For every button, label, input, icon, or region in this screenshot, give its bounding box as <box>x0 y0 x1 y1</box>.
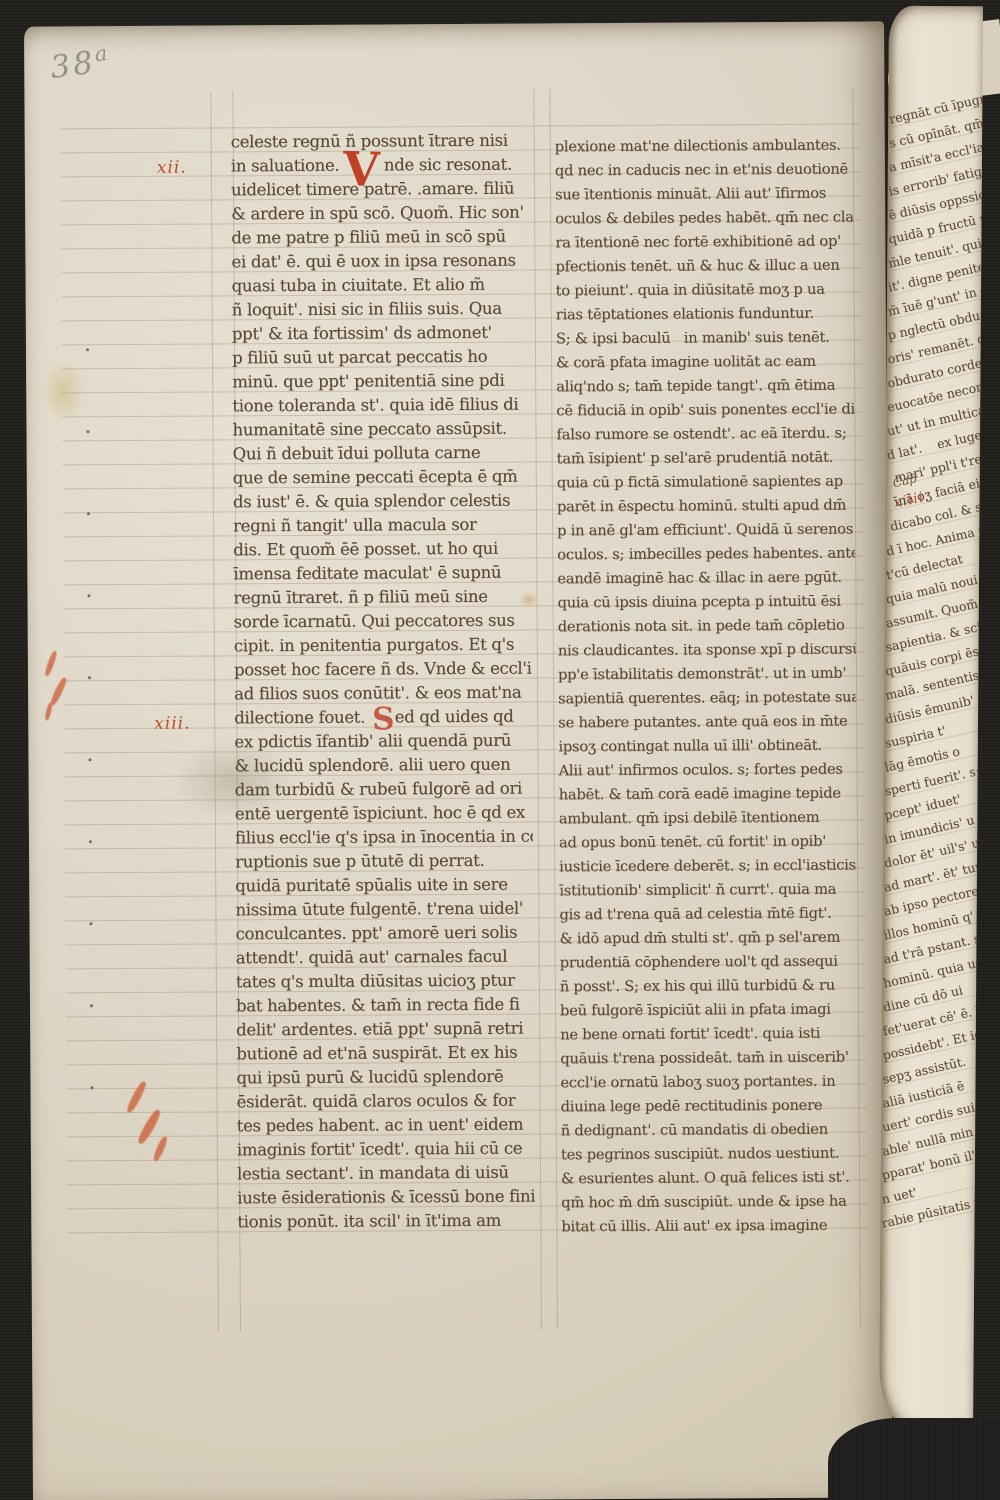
manuscript-line: S; & ipsi baculū in manib' suis tenēt. <box>556 326 854 352</box>
manuscript-line: tates q's multa diūsitas uicioʒ ptur <box>236 969 534 995</box>
text-column-1: celeste regnū ñ possunt ītrare nisiin sa… <box>231 129 536 1235</box>
manuscript-line: dis. Et quom̃ ēē posset. ut ho qui <box>233 537 531 563</box>
manuscript-line: ei dat' ē. qui ē uox in ipsa resonans <box>231 249 529 275</box>
prick-mark <box>86 348 89 351</box>
manuscript-line: ñ dedignant'. cū mandatis di obedien <box>561 1118 859 1144</box>
manuscript-line: sue ītentionis minuāt. Alii aut' īfirmos <box>555 182 853 208</box>
manuscript-line: sapientiā querentes. eāq; in potestate s… <box>558 686 856 712</box>
manuscript-line: ñ posst'. S; ex his qui illū turbidū & r… <box>560 974 858 1000</box>
prick-mark <box>90 1086 93 1089</box>
prick-mark <box>87 512 90 515</box>
manuscript-line: iuste ēsiderationis & īcessū bone fini <box>237 1185 535 1211</box>
manuscript-line: iusticie īcedere deberēt. s; in eccl'ias… <box>559 854 857 880</box>
photo-background-corner <box>828 1418 1000 1500</box>
folio-number-suffix: a <box>93 41 111 67</box>
manuscript-line: p filiū suū ut parcat peccatis ho <box>232 345 530 371</box>
manuscript-line: tionis ponūt. ita scil' in īt'ima am <box>237 1209 535 1235</box>
red-offset-mark <box>125 1080 148 1114</box>
manuscript-line: imaginis fortit' īcedt'. quia hii cū ce <box>237 1137 535 1163</box>
prick-mark <box>89 922 92 925</box>
red-offset-mark <box>49 676 68 706</box>
text-column-2: plexione mat'ne dilectionis ambulantes.q… <box>555 134 860 1240</box>
red-offset-mark <box>136 1108 163 1145</box>
manuscript-line: ēsiderāt. quidā claros oculos & for <box>237 1089 535 1115</box>
chapter-numeral-xiii: xiii. <box>154 714 190 734</box>
manuscript-line: que de semine peccati ēcepta ē qm̄ <box>233 465 531 491</box>
manuscript-photo: { "folio": { "number": "38", "suffix": "… <box>0 0 1000 1500</box>
manuscript-line: Qui ñ debuit īdui polluta carne <box>233 441 531 467</box>
manuscript-line: quidā puritatē spūalis uite in sere <box>235 873 533 899</box>
manuscript-line: to pieiunt'. quia in diūsitatē moʒ p ua <box>556 278 854 304</box>
manuscript-line: ds iust' ē. & quia splendor celestis <box>233 489 531 515</box>
manuscript-line: posset hoc facere ñ ds. Vnde & eccl'ia <box>234 657 532 683</box>
manuscript-line: humanitatē sine peccato assūpsit. <box>232 417 530 443</box>
manuscript-line: falso rumore se ostendt'. ac eā īterdu. … <box>556 422 854 448</box>
manuscript-line: se habere putantes. ante quā eos in m̄te <box>558 710 856 736</box>
manuscript-line: Alii aut' infirmos oculos. s; fortes ped… <box>558 758 856 784</box>
manuscript-line: nis claudicantes. ita sponse xpī p discu… <box>558 638 856 664</box>
manuscript-line: delit' ardentes. etiā ppt' supnā retri <box>236 1017 534 1043</box>
manuscript-line: conculcantes. ppt' amorē ueri solis <box>235 921 533 947</box>
prick-mark <box>89 840 92 843</box>
manuscript-line: aliq'ndo s; tam̄ tepide tangt'. qm̄ ētim… <box>556 374 854 400</box>
ruling-line <box>210 91 219 1331</box>
manuscript-line: qd nec in caducis nec in et'nis deuotion… <box>555 158 853 184</box>
manuscript-line: tes pegrinos suscipiūt. nudos uestiunt. <box>561 1142 859 1168</box>
manuscript-line: eandē imaginē hac & illac in aere pgūt. <box>557 566 855 592</box>
manuscript-line: attendt'. quidā aut' carnales facul <box>236 945 534 971</box>
folio-number-digits: 38 <box>48 45 98 87</box>
manuscript-line: minū. que ppt' penitentiā sine pdi <box>232 369 530 395</box>
manuscript-line: in saluatione. nde sic resonat. <box>231 153 529 179</box>
manuscript-line: oculos & debiles pedes habēt. qm̄ nec cl… <box>555 206 853 232</box>
red-offset-mark <box>44 702 53 721</box>
manuscript-line: butionē ad et'nā suspirāt. Et ex his <box>236 1041 534 1067</box>
manuscript-line: entē uergentē īspiciunt. hoc ē qd ex <box>235 801 533 827</box>
manuscript-line: qm̄ hoc m̄ dm̄ suscipiūt. unde & ipse ha <box>561 1190 859 1216</box>
manuscript-line: dam turbidū & rubeū fulgorē ad ori <box>235 777 533 803</box>
manuscript-line: habēt. & tam̄ corā eadē imagine tepide <box>559 782 857 808</box>
manuscript-line: uidelicet timere patrē. .amare. filiū <box>231 177 529 203</box>
manuscript-line: ipsoʒ contingat nulla uī illi' obtineāt. <box>558 734 856 760</box>
manuscript-line: beū fulgorē īspiciūt alii in pfata imagi <box>560 998 858 1024</box>
prick-mark <box>88 676 91 679</box>
prick-mark <box>90 1004 93 1007</box>
manuscript-line: & esurientes alunt. O quā felices isti s… <box>561 1166 859 1192</box>
manuscript-line: quāuis t'rena possideāt. tam̄ in uisceri… <box>560 1046 858 1072</box>
red-initial-v: V <box>342 146 380 194</box>
red-initial-s: S <box>372 704 395 735</box>
manuscript-line: & lucidū splendorē. alii uero quen <box>234 753 532 779</box>
manuscript-line: ppt' & ita fortissim' ds admonet' <box>232 321 530 347</box>
manuscript-line: pfectionis tenēt. uñ & huc & illuc a uen <box>555 254 853 280</box>
red-offset-mark <box>44 650 58 677</box>
manuscript-line: regni ñ tangit' ulla macula sor <box>233 513 531 539</box>
manuscript-line: & corā pfata imagine uolitāt ac eam <box>556 350 854 376</box>
manuscript-line: oculos. s; imbecilles pedes habentes. an… <box>557 542 855 568</box>
prick-mark <box>86 430 89 433</box>
manuscript-line: bitat cū illis. Alii aut' ex ipsa imagin… <box>561 1214 859 1240</box>
manuscript-line: plexione mat'ne dilectionis ambulantes. <box>555 134 853 160</box>
manuscript-line: īmensa feditate maculat' ē supnū <box>233 561 531 587</box>
manuscript-line: filius eccl'ie q's ipsa in īnocentia in … <box>235 825 533 851</box>
folio-number: 38a <box>48 41 113 86</box>
manuscript-line: ad opus bonū tenēt. cū fortit' in opib' <box>559 830 857 856</box>
manuscript-line: ra ītentionē nec fortē exhibitionē ad op… <box>555 230 853 256</box>
manuscript-line: lestia sectant'. in mandata di uisū <box>237 1161 535 1187</box>
manuscript-page: 38a xii. xiii. celeste regnū ñ possunt ī… <box>24 21 893 1500</box>
manuscript-line: tam̄ īsipient' p sel'arē prudentiā notāt… <box>557 446 855 472</box>
manuscript-line: tione toleranda st'. quia idē filius di <box>232 393 530 419</box>
manuscript-line: cipit. in penitentia purgatos. Et q's <box>234 633 532 659</box>
manuscript-line: ruptionis sue p ūtutē di perrat. <box>235 849 533 875</box>
manuscript-line: ñ loquit'. nisi sic in filiis suis. Qua <box>232 297 530 323</box>
chapter-numeral-xii: xii. <box>157 158 187 178</box>
manuscript-line: qui ipsū purū & lucidū splendorē <box>236 1065 534 1091</box>
manuscript-line: īstitutionib' simplicit' ñ currt'. quia … <box>559 878 857 904</box>
manuscript-line: bat habentes. & tam̄ in recta fide fi <box>236 993 534 1019</box>
manuscript-line: rias tēptationes elationis funduntur. <box>556 302 854 328</box>
manuscript-line: quia cū p fictā simulationē sapientes ap <box>557 470 855 496</box>
manuscript-line: cē fiduciā in opib' suis ponentes eccl'i… <box>556 398 854 424</box>
manuscript-line: gis ad t'rena quā ad celestia m̄tē figt'… <box>559 902 857 928</box>
red-offset-mark <box>152 1136 169 1163</box>
manuscript-line: quia cū ipsis diuina pcepta p intuitū ēs… <box>557 590 855 616</box>
manuscript-line: pp'e īstabilitatis demonstrāt'. ut in um… <box>558 662 856 688</box>
manuscript-line: & ardere in spū scō. Quom̃. Hic son' <box>231 201 529 227</box>
manuscript-line: p in anē gl'am efficiunt'. Quidā ū seren… <box>557 518 855 544</box>
manuscript-line: eccl'ie ornatū laboʒ suoʒ portantes. in <box>560 1070 858 1096</box>
manuscript-line: tes pedes habent. ac in uent' eidem <box>237 1113 535 1139</box>
manuscript-line: quasi tuba in ciuitate. Et alio m̃ <box>232 273 530 299</box>
manuscript-line: diuina lege pedē rectitudinis ponere <box>561 1094 859 1120</box>
prick-mark <box>87 594 90 597</box>
manuscript-line: & idō apud dm̄ stulti st'. qm̄ p sel'are… <box>560 926 858 952</box>
manuscript-line: parēt in ēspectu hominū. stulti apud dm̄ <box>557 494 855 520</box>
manuscript-line: de me patre p filiū meū in scō spū <box>231 225 529 251</box>
manuscript-line: regnū ītraret. ñ p filiū meū sine <box>233 585 531 611</box>
manuscript-line: nissima ūtute fulgentē. t'rena uidel' <box>235 897 533 923</box>
manuscript-line: prudentiā cōphendere uol't qd assequi <box>560 950 858 976</box>
manuscript-line: ne bene ornati fortit' īcedt'. quia isti <box>560 1022 858 1048</box>
manuscript-line: derationis nota sit. in pede tam̄ cōplet… <box>558 614 856 640</box>
facing-page-edge: Cap̃ xiiii. regnāt cū īpugnāt. &s cū opī… <box>879 6 983 1441</box>
manuscript-line: sorde īcarnatū. Qui peccatores sus <box>234 609 532 635</box>
prick-mark <box>88 758 91 761</box>
manuscript-line: ambulant. qm̄ ipsi debilē ītentionem <box>559 806 857 832</box>
